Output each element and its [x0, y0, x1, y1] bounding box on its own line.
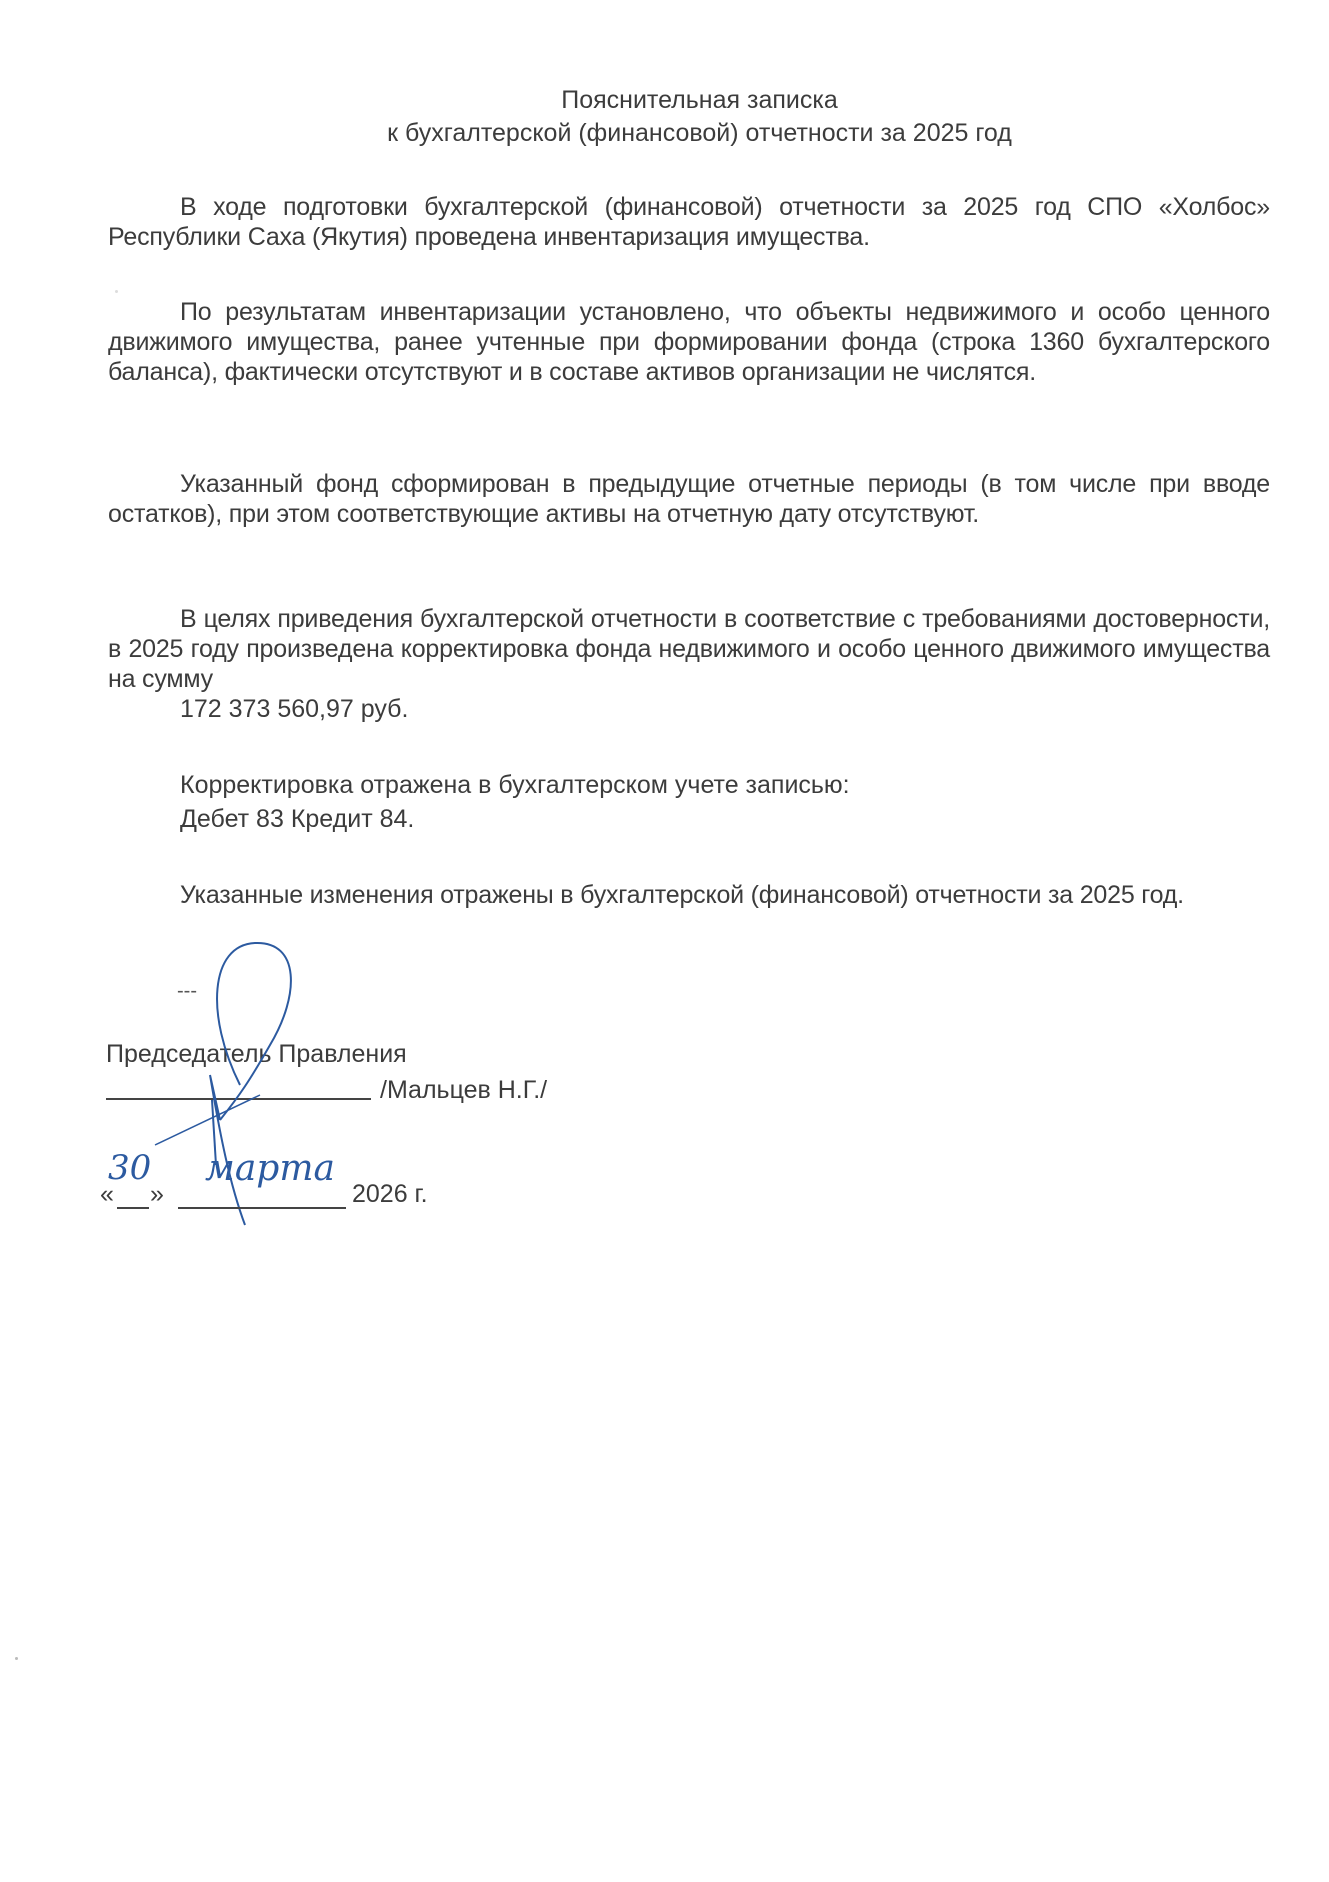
correction-amount: 172 373 560,97 руб. — [180, 694, 408, 724]
title-line-2: к бухгалтерской (финансовой) отчетности … — [0, 117, 1329, 150]
document-page: Пояснительная записка к бухгалтерской (ф… — [0, 0, 1329, 1882]
title-line-1: Пояснительная записка — [0, 84, 1329, 117]
paragraph-closing: Указанные изменения отражены в бухгалтер… — [108, 880, 1270, 910]
signatory-name: /Мальцев Н.Г./ — [380, 1076, 547, 1105]
scan-speck — [115, 290, 118, 293]
date-month-handwritten: марта — [205, 1148, 335, 1189]
date-month-line — [178, 1207, 346, 1209]
scan-speck — [15, 1657, 18, 1660]
date-year: 2026 г. — [352, 1180, 428, 1209]
handwritten-signature-icon — [150, 935, 350, 1235]
accounting-entry: Дебет 83 Кредит 84. — [180, 804, 414, 834]
document-title: Пояснительная записка к бухгалтерской (ф… — [0, 84, 1329, 150]
paragraph-results: По результатам инвентаризации установлен… — [108, 297, 1270, 387]
date-day-handwritten: 30 — [108, 1148, 151, 1188]
paragraph-inventory: В ходе подготовки бухгалтерской (финансо… — [108, 192, 1270, 252]
entry-intro: Корректировка отражена в бухгалтерском у… — [180, 770, 850, 800]
date-day-line — [117, 1207, 149, 1209]
paragraph-correction: В целях приведения бухгалтерской отчетно… — [108, 604, 1270, 694]
paragraph-fund-origin: Указанный фонд сформирован в предыдущие … — [108, 469, 1270, 529]
date-close-quote: » — [150, 1180, 164, 1209]
